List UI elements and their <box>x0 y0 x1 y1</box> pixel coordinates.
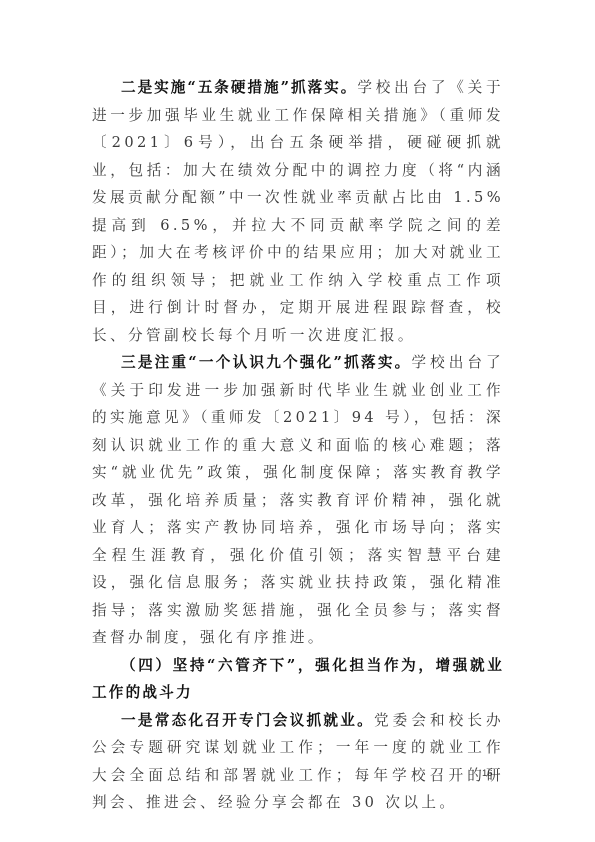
paragraph-lead: 二是实施“五条硬措施”抓落实。 <box>121 79 357 96</box>
paragraph-five-measures: 二是实施“五条硬措施”抓落实。学校出台了《关于进一步加强毕业生就业工作保障相关措… <box>92 74 504 349</box>
page-number: 16 <box>482 768 493 779</box>
paragraph-body: 学校出台了《关于印发进一步加强新时代毕业生就业创业工作的实施意见》（重师发〔20… <box>92 354 504 646</box>
paragraph-body: 学校出台了《关于进一步加强毕业生就业工作保障相关措施》（重师发〔2021〕6号）… <box>92 79 504 344</box>
paragraph-lead: 三是注重“一个认识九个强化”抓落实。 <box>121 354 411 371</box>
document-page: 二是实施“五条硬措施”抓落实。学校出台了《关于进一步加强毕业生就业工作保障相关措… <box>92 74 504 817</box>
paragraph-regular-meetings: 一是常态化召开专门会议抓就业。党委会和校长办公会专题研究谋划就业工作；一年一度的… <box>92 707 504 817</box>
paragraph-lead: 一是常态化召开专门会议抓就业。 <box>121 712 374 729</box>
paragraph-one-awareness-nine-strengthen: 三是注重“一个认识九个强化”抓落实。学校出台了《关于印发进一步加强新时代毕业生就… <box>92 349 504 652</box>
section-heading: （四）坚持“六管齐下”，强化担当作为，增强就业工作的战斗力 <box>92 652 504 707</box>
